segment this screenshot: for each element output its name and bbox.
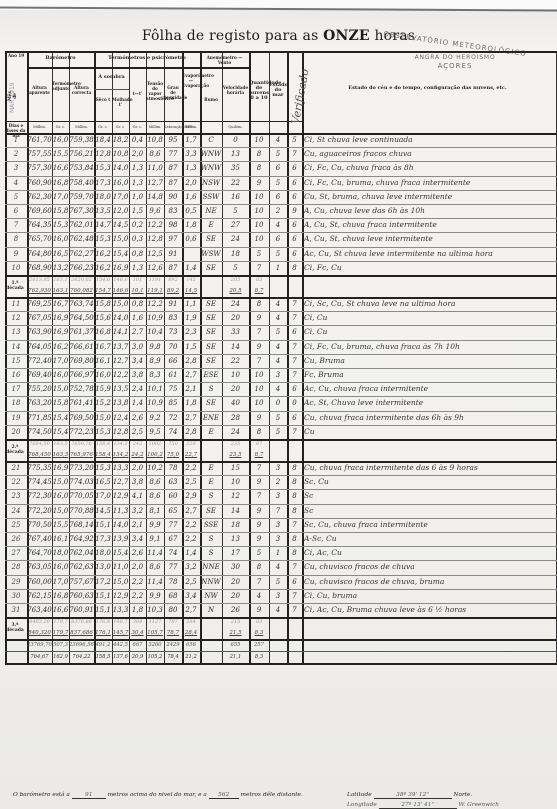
cell-mar: 5 [269,325,287,339]
cell-molh: 14,1 [112,325,129,339]
cell-alt-ap: 771,85 [27,411,52,425]
cell-term: 16,0 [52,133,69,147]
cell-alt-ap: 772,30 [27,489,52,503]
cell-molh: 12,4 [112,411,129,425]
cell-evap: 2,7 [182,603,200,617]
cell-hum: 95 [164,133,182,147]
cell-obs-col: 6 [287,218,302,232]
cell-vel: 22 [222,354,249,368]
cell-evap: 0,5 [182,204,200,218]
cell-rumo: S [200,489,222,503]
cell-tens: 8,6 [146,147,164,161]
cell-seco: 15,3 [94,161,112,175]
decade-mean: 78,7 [164,628,182,638]
cell-alt-cor: 758,40 [69,176,94,190]
cell-hum: 78 [164,575,182,589]
decade-mean [200,628,222,638]
cell-mar: 4 [269,382,287,396]
sky-state-note: A-Sc, Cu [302,532,557,546]
day-number: 19 [5,411,27,425]
cell-rumo: ESE [200,368,222,382]
day-number: 10 [5,261,27,275]
decade-sum: 7659,76 [69,440,94,449]
cell-seco: 15,1 [94,518,112,532]
cell-seco: 18,0 [94,190,112,204]
cell-mar: 3 [269,489,287,503]
decade-sum: 892 [164,276,182,285]
cell-evap: 2,2 [182,532,200,546]
cell-alt-ap: 769,40 [27,368,52,382]
cell-nuv: 10 [249,396,269,410]
cell-molh: 12,9 [112,489,129,503]
header-apparent-height: Altura aparente [27,85,52,95]
day-number: 9 [5,247,27,261]
cell-tens: 8,9 [146,354,164,368]
cell-obs-col: 5 [287,133,302,147]
cell-rumo: SE [200,311,222,325]
cell-term: 15,8 [52,204,69,218]
cell-mar: 4 [269,311,287,325]
cell-evap: 1,6 [182,190,200,204]
cell-vel: 5 [222,204,249,218]
cell-dif: 4,1 [129,489,146,503]
cell-vel: 20 [222,311,249,325]
decade-mean: 14,5 [182,286,200,296]
unit-label: Millim. [146,125,164,129]
cell-alt-ap: 764,70 [27,546,52,560]
cell-evap: 2,8 [182,354,200,368]
day-number: 5 [5,190,27,204]
cell-nuv: 7 [249,489,269,503]
cell-mar: 4 [269,354,287,368]
cell-rumo: SE [200,396,222,410]
cell-molh: 12,8 [112,425,129,439]
decade-mean: 89,2 [164,286,182,296]
cell-nuv: 7 [249,354,269,368]
decade-mean: 75,0 [164,450,182,460]
cell-evap: 2,5 [182,475,200,489]
cell-alt-cor: 770,05 [69,489,94,503]
cell-alt-ap: 757,55 [27,147,52,161]
decade-mean: 176,1 [94,628,112,638]
cell-obs-col: 7 [287,354,302,368]
cell-hum: 63 [164,475,182,489]
sky-state-note: Cu, aguaceiros fracos chuva [302,147,557,161]
cell-evap: 2,2 [182,461,200,475]
unit-label: Gr. c. [112,125,129,129]
cell-tens: 12,5 [146,247,164,261]
cell-alt-ap: 757,30 [27,161,52,175]
decade-mean: 134,2 [112,450,129,460]
decade-mean: 21,5 [222,628,249,638]
cell-nuv: 10 [249,382,269,396]
cell-term: 17,0 [52,575,69,589]
cell-rumo: WNW [200,161,222,175]
cell-nuv: 7 [249,261,269,275]
cell-molh: 11,0 [112,560,129,574]
cell-molh: 16,0 [112,176,129,190]
header-corrected-height: Altura correcta [69,85,94,95]
cell-alt-ap: 772,20 [27,504,52,518]
cell-tens: 11,4 [146,575,164,589]
cell-dif: 2,5 [129,425,146,439]
cell-rumo: E [200,475,222,489]
decade-sum: 176,8 [94,618,112,627]
decade-sum: 145 [182,276,200,285]
cell-nuv: 5 [249,247,269,261]
cell-vel: 13 [222,147,249,161]
cell-dif: 1,8 [129,603,146,617]
cell-mar: 4 [269,218,287,232]
decade-mean: 8,7 [249,450,269,460]
decade-sum: 787 [164,618,182,627]
decade-mean: 145,7 [112,628,129,638]
cell-dif: 3,4 [129,532,146,546]
verified-signature: Verificado [289,68,312,125]
cell-alt-ap: 769,25 [27,297,52,311]
cell-evap: 2,9 [182,489,200,503]
cell-dif: 0,8 [129,297,146,311]
cell-mar: 3 [269,368,287,382]
sky-state-note: Ci, Fc, Cu, chuva fraca às 8h [302,161,557,175]
cell-vel: 33 [222,325,249,339]
cell-nuv: 4 [249,589,269,603]
cell-nuv: 5 [249,546,269,560]
cell-rumo: NNW [200,575,222,589]
decade-sum: 87 [249,440,269,449]
cell-evap: 2,5 [182,575,200,589]
decade-sum [200,618,222,627]
cell-alt-cor: 766,61 [69,340,94,354]
cell-nuv: 7 [249,575,269,589]
header-anemometer: Anemómetro — Vento [200,55,249,65]
sky-state-note: Ac, Cu, St chuva leve intermitente na ul… [302,247,557,261]
cell-seco: 18,4 [94,133,112,147]
cell-nuv: 8 [249,297,269,311]
cell-alt-cor: 760,91 [69,603,94,617]
cell-seco: 15,6 [94,311,112,325]
cell-dif: 2,7 [129,325,146,339]
month-mean: 158,5 [94,651,112,663]
day-number: 30 [5,589,27,603]
barometer-altitude: 91 [72,792,106,799]
cell-hum: 61 [164,368,182,382]
decade-mean: 768,450 [27,450,52,460]
cell-obs-col: 8 [287,532,302,546]
cell-obs-col: 9 [287,204,302,218]
cell-term: 15,3 [52,218,69,232]
cell-vel: 24 [222,425,249,439]
sky-state-note: Cu, chuva fraca intermitente das 6h às 9… [302,411,557,425]
header-humidity: Grau de humidade [164,85,182,100]
cell-mar: 7 [269,504,287,518]
cell-vel: 10 [222,368,249,382]
decade-sum: 205 [222,276,249,285]
cell-tens: 12,8 [146,232,164,246]
day-number: 25 [5,518,27,532]
cell-vel: 24 [222,232,249,246]
day-number: 1 [5,133,27,147]
decade-mean: 23,5 [222,450,249,460]
cell-mar: 3 [269,518,287,532]
cell-evap: 1,8 [182,396,200,410]
cell-alt-cor: 763,74 [69,297,94,311]
decade-mean: 10,1 [129,286,146,296]
cell-alt-cor: 756,21 [69,147,94,161]
cell-dif: 2,2 [129,589,146,603]
cell-term: 15,0 [52,382,69,396]
cell-hum: 85 [164,396,182,410]
cell-evap: 2,3 [182,325,200,339]
cell-hum: 91 [164,297,182,311]
latitude-value: 38º 39' 12" [374,792,452,799]
cell-vel: 16 [222,190,249,204]
cell-nuv: 8 [249,161,269,175]
cell-mar: 2 [269,475,287,489]
cell-molh: 17,0 [112,190,129,204]
cell-tens: 11,0 [146,161,164,175]
cell-mar: 4 [269,133,287,147]
cell-mar: 5 [269,575,287,589]
header-wind-direction: Rumo [200,97,222,102]
cell-vel: 5 [222,261,249,275]
decade-sum [200,276,222,285]
cell-obs-col: 8 [287,261,302,275]
cell-dif: 3,2 [129,504,146,518]
cell-obs-col: 6 [287,382,302,396]
decade-label: 3.ª década [5,623,25,633]
cell-alt-cor: 762,27 [69,247,94,261]
cell-term: 16,6 [52,603,69,617]
day-number: 18 [5,396,27,410]
decade-mean: 179,7 [52,628,69,638]
cell-obs-col: 6 [287,325,302,339]
cell-evap: 1,5 [182,340,200,354]
cell-rumo: E [200,461,222,475]
sky-state-note: Cu, chuvisco fracos de chuva [302,560,557,574]
cell-alt-cor: 761,37 [69,325,94,339]
decade-sum: 215 [222,618,249,627]
cell-molh: 13,3 [112,461,129,475]
cell-hum: 83 [164,204,182,218]
cell-hum: 98 [164,218,182,232]
sky-state-note: Ac, Cu, chuva fraca intermitente [302,382,557,396]
cell-alt-cor: 766,23 [69,261,94,275]
cell-obs-col: 8 [287,461,302,475]
unit-label: Gr. c. [52,125,69,129]
cell-rumo: SE [200,232,222,246]
month-mean: 20,9 [129,651,146,663]
month-total: 23696,56 [69,639,94,651]
cell-mar: 1 [269,261,287,275]
cell-nuv: 9 [249,518,269,532]
cell-term: 15,5 [52,147,69,161]
cell-rumo: WSW [200,247,222,261]
cell-nuv: 8 [249,147,269,161]
sky-state-note: Ci, Fc, Cu, bruma, chuva fraca intermite… [302,176,557,190]
cell-dif: 1,4 [129,396,146,410]
decade-sum: 83 [249,618,269,627]
cell-dif: 2,0 [129,147,146,161]
cell-dif: 2,0 [129,560,146,574]
day-number: 6 [5,204,27,218]
day-number: 22 [5,475,27,489]
cell-term: 15,8 [52,396,69,410]
decade-sum: 304 [129,618,146,627]
cell-vel: 40 [222,396,249,410]
title-hour: ONZE [323,28,370,44]
decade-mean: 105,7 [146,628,164,638]
cell-evap: 3,3 [182,147,200,161]
cell-hum: 60 [164,489,182,503]
barometer-note: O barómetro está a 91 metros acima do ni… [13,792,303,799]
cell-mar: 3 [269,461,287,475]
cell-molh: 13,8 [112,396,129,410]
cell-vel: 35 [222,161,249,175]
cell-molh: 14,0 [112,311,129,325]
cell-obs-col: 7 [287,518,302,532]
decade-mean [200,450,222,460]
cell-nuv: 7 [249,461,269,475]
header-bottom-rule [5,121,302,122]
cell-nuv: 9 [249,504,269,518]
header-wind-speed: Velocidade horária [222,85,249,95]
cell-seco: 17,0 [94,489,112,503]
cell-term: 15,0 [52,504,69,518]
decade-sum: 750 [164,440,182,449]
cell-molh: 13,9 [112,532,129,546]
cell-mar: 5 [269,176,287,190]
month-mean: 21,2 [182,651,200,663]
cell-molh: 18,2 [112,133,129,147]
month-total: 257 [249,639,269,651]
cell-alt-ap: 764,35 [27,218,52,232]
cell-dif: 3,8 [129,475,146,489]
cell-alt-cor: 770,88 [69,504,94,518]
cell-seco: 18,0 [94,546,112,560]
cell-seco: 15,2 [94,396,112,410]
sky-state-note: Sc, Cu [302,475,557,489]
cell-tens: 9,5 [146,425,164,439]
cell-alt-ap: 762,30 [27,190,52,204]
header-wet: Molhado t' [112,97,129,107]
month-mean: 764,22 [69,651,94,663]
month-mean: 162,9 [52,651,69,663]
day-number: 26 [5,532,27,546]
cell-alt-ap: 768,90 [27,261,52,275]
cell-obs-col: 6 [287,411,302,425]
cell-tens: 9,1 [146,532,164,546]
cell-vel: 0 [222,133,249,147]
cell-evap: 2,8 [182,425,200,439]
cell-molh: 14,0 [112,518,129,532]
cell-rumo: SSW [200,190,222,204]
cell-vel: 24 [222,297,249,311]
cell-obs-col: 6 [287,247,302,261]
cell-mar: 4 [269,297,287,311]
cell-vel: 10 [222,475,249,489]
cell-evap: 1,1 [182,297,200,311]
cell-rumo: S [200,382,222,396]
cell-term: 16,8 [52,589,69,603]
cell-evap: 2,1 [182,382,200,396]
month-total: 655 [222,639,249,651]
cell-nuv: 10 [249,190,269,204]
cell-alt-ap: 761,70 [27,133,52,147]
month-mean: 137,6 [112,651,129,663]
cell-evap: 2,7 [182,368,200,382]
cell-term: 16,7 [52,297,69,311]
cell-term: 17,0 [52,190,69,204]
month-mean [200,651,222,663]
cell-mar: 6 [269,190,287,204]
cell-obs-col: 7 [287,311,302,325]
decade-sum: 179,7 [52,618,69,627]
cell-term: 16,8 [52,176,69,190]
shade-sub-rule [94,89,129,90]
sky-state-note: Fc, Bruma [302,368,557,382]
cell-alt-ap: 767,40 [27,532,52,546]
cell-dif: 0,8 [129,247,146,261]
cell-nuv: 9 [249,340,269,354]
decade-mean: 146,6 [112,286,129,296]
unit-label: Millim. [27,125,52,129]
cell-alt-ap: 774,50 [27,425,52,439]
cell-molh: 12,7 [112,354,129,368]
cell-obs-col: 7 [287,425,302,439]
cell-seco: 16,5 [94,475,112,489]
barometer-distance: 562 [209,792,239,799]
cell-nuv: 7 [249,325,269,339]
cell-term: 15,5 [52,518,69,532]
cell-tens: 9,9 [146,518,164,532]
cell-tens: 10,1 [146,382,164,396]
decade-sum: 228 [182,440,200,449]
title-prefix: Fôlha de registo para as [142,28,319,44]
cell-seco: 16,8 [94,325,112,339]
cell-vel: 18 [222,518,249,532]
cell-tens: 8,1 [146,504,164,518]
sky-state-note: Cu, St, bruma, chuva leve intermitente [302,190,557,204]
cell-tens: 10,3 [146,603,164,617]
cell-alt-ap: 774,45 [27,475,52,489]
cell-vel: 20 [222,589,249,603]
sky-state-note: Ci, Fc, Cu, bruma, chuva fraca às 7h 10h [302,340,557,354]
cell-tens: 12,7 [146,176,164,190]
cell-obs-col: 8 [287,546,302,560]
cell-dif: 2,6 [129,411,146,425]
cell-vel: 27 [222,218,249,232]
cell-alt-cor: 762,01 [69,218,94,232]
decade-mean: 20,5 [222,286,249,296]
cell-vel: 20 [222,382,249,396]
cell-alt-ap: 764,05 [27,340,52,354]
cell-vel: 15 [222,461,249,475]
cell-hum: 77 [164,518,182,532]
cell-molh: 16,9 [112,261,129,275]
cell-molh: 13,3 [112,603,129,617]
cell-mar: 5 [269,247,287,261]
decade-sum: 2620,02 [69,276,94,285]
cell-alt-cor: 759,70 [69,190,94,204]
cell-nuv: 10 [249,133,269,147]
cell-hum: 65 [164,504,182,518]
month-total: 491,2 [94,639,112,651]
cell-dif: 1,3 [129,176,146,190]
cell-term: 16,9 [52,461,69,475]
cell-mar: 4 [269,603,287,617]
cell-nuv: 9 [249,176,269,190]
